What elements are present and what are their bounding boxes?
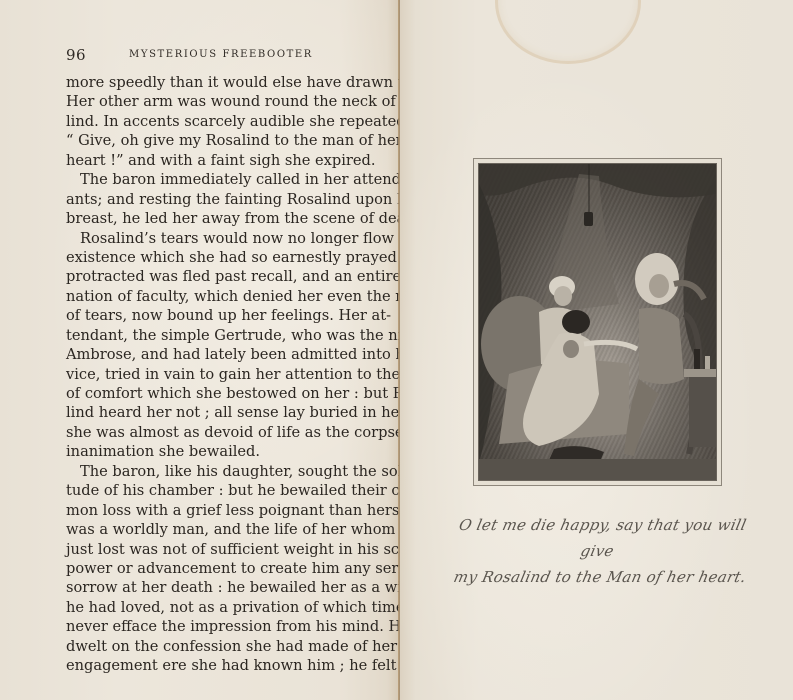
text-line: protracted was fled past recall, and an …	[66, 267, 364, 286]
deathbed-scene-icon	[479, 164, 716, 480]
text-line: power or advancement to create him any s…	[66, 559, 364, 578]
water-stain	[495, 0, 641, 64]
text-line: engagement ere she had known him ; he fe…	[66, 656, 364, 675]
text-line: lind. In accents scarcely audible she re…	[66, 112, 364, 131]
book-gutter	[398, 0, 400, 700]
running-title: MYSTERIOUS FREEBOOTER	[66, 49, 366, 60]
engraving-plate	[473, 158, 722, 486]
text-line: sorrow at her death : he bewailed her as…	[66, 578, 364, 597]
text-line: inanimation she bewailed.	[66, 442, 364, 461]
left-page: 96 MYSTERIOUS FREEBOOTER more speedly th…	[0, 0, 399, 700]
text-line: “ Give, oh give my Rosalind to the man o…	[66, 131, 364, 150]
text-line: was a worldly man, and the life of her w…	[66, 520, 364, 539]
text-line: Rosalind’s tears would now no longer flo…	[66, 229, 364, 248]
text-line: tude of his chamber : but he bewailed th…	[66, 481, 364, 500]
text-line: mon loss with a grief less poignant than…	[66, 501, 364, 520]
book-spread: 96 MYSTERIOUS FREEBOOTER more speedly th…	[0, 0, 793, 700]
text-line: never efface the impression from his min…	[66, 617, 364, 636]
text-line: nation of faculty, which denied her even…	[66, 287, 364, 306]
text-line: existence which she had so earnestly pra…	[66, 248, 364, 267]
text-line: of comfort which she bestowed on her : b…	[66, 384, 364, 403]
text-line: lind heard her not ; all sense lay burie…	[66, 403, 364, 422]
text-line: The baron, like his daughter, sought the…	[66, 462, 364, 481]
text-line: more speedly than it would else have dra…	[66, 73, 364, 92]
text-line: tendant, the simple Gertrude, who was th…	[66, 326, 364, 345]
text-line: of tears, now bound up her feelings. Her…	[66, 306, 364, 325]
text-line: ants; and resting the fainting Rosalind …	[66, 190, 364, 209]
caption-line-2: my Rosalind to the Man of her heart.	[437, 564, 763, 590]
body-text: more speedly than it would else have dra…	[66, 73, 364, 676]
caption-line-1: O let me die happy, say that you will gi…	[434, 512, 765, 564]
text-line: vice, tried in vain to gain her attentio…	[66, 365, 364, 384]
text-line: she was almost as devoid of life as the …	[66, 423, 364, 442]
text-line: dwelt on the confession she had made of …	[66, 637, 364, 656]
right-page: O let me die happy, say that you will gi…	[400, 0, 793, 700]
text-line: Ambrose, and had lately been admitted in…	[66, 345, 364, 364]
text-line: The baron immediately called in her atte…	[66, 170, 364, 189]
text-line: Her other arm was wound round the neck o…	[66, 92, 364, 111]
plate-caption: O let me die happy, say that you will gi…	[440, 512, 760, 590]
running-head: 96 MYSTERIOUS FREEBOOTER	[66, 46, 366, 66]
text-line: breast, he led her away from the scene o…	[66, 209, 364, 228]
engraving-illustration	[478, 163, 717, 481]
text-line: heart !” and with a faint sigh she expir…	[66, 151, 364, 170]
text-line: he had loved, not as a privation of whic…	[66, 598, 364, 617]
text-line: just lost was not of sufficient weight i…	[66, 540, 364, 559]
